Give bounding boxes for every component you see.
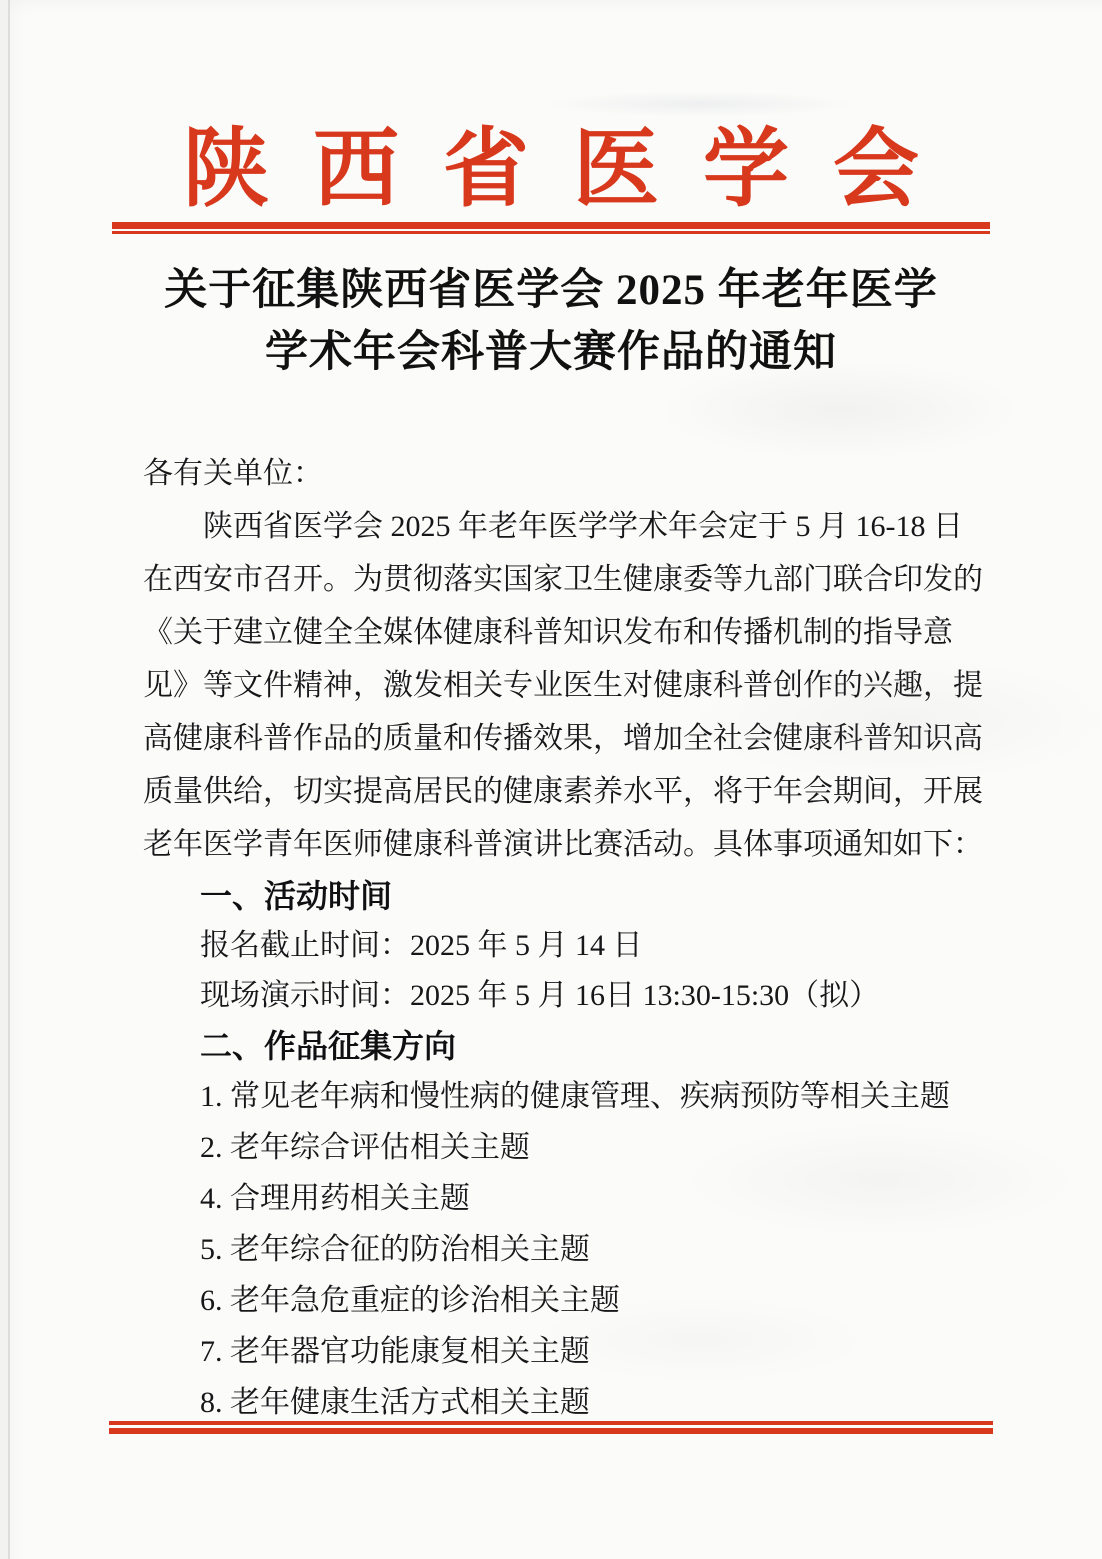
topic-item: 1. 常见老年病和慢性病的健康管理、疾病预防等相关主题 — [143, 1071, 1062, 1122]
topic-item: 4. 合理用药相关主题 — [143, 1173, 1062, 1224]
rule-line-thin — [109, 1421, 993, 1425]
salutation: 各有关单位： — [143, 448, 1062, 500]
topic-item: 5. 老年综合征的防治相关主题 — [143, 1224, 1062, 1275]
document-title-line-1: 关于征集陕西省医学会 2025 年老年医学 — [0, 260, 1102, 322]
document-title: 关于征集陕西省医学会 2025 年老年医学 学术年会科普大赛作品的通知 — [0, 260, 1102, 384]
paragraph-line: 质量供给，切实提高居民的健康素养水平，将于年会期间，开展 — [143, 765, 1062, 818]
scan-edge-line — [8, 0, 10, 1559]
schedule-line-live-demo-time: 现场演示时间：2025 年 5 月 16日 13:30-15:30（拟） — [143, 971, 1062, 1021]
topic-item: 2. 老年综合评估相关主题 — [143, 1122, 1062, 1173]
rule-line-thin — [112, 231, 990, 234]
paragraph-line: 《关于建立健全全媒体健康科普知识发布和传播机制的指导意 — [143, 606, 1062, 659]
section-heading-activity-time: 一、活动时间 — [143, 871, 1062, 921]
rule-line-thick — [112, 222, 990, 229]
topic-item: 7. 老年器官功能康复相关主题 — [143, 1326, 1062, 1377]
paragraph-line: 在西安市召开。为贯彻落实国家卫生健康委等九部门联合印发的 — [143, 553, 1062, 606]
topic-item: 6. 老年急危重症的诊治相关主题 — [143, 1275, 1062, 1326]
paragraph-line: 老年医学青年医师健康科普演讲比赛活动。具体事项通知如下： — [143, 818, 1062, 871]
document-page: 陕西省医学会 关于征集陕西省医学会 2025 年老年医学 学术年会科普大赛作品的… — [0, 0, 1102, 1559]
schedule-line-registration-deadline: 报名截止时间：2025 年 5 月 14 日 — [143, 921, 1062, 971]
scan-edge-strip — [0, 0, 8, 1559]
document-title-line-2: 学术年会科普大赛作品的通知 — [0, 322, 1102, 384]
section-heading-collection-direction: 二、作品征集方向 — [143, 1021, 1062, 1071]
paragraph-line: 见》等文件精神，激发相关专业医生对健康科普创作的兴趣，提 — [143, 659, 1062, 712]
footer-double-rule — [109, 1421, 993, 1434]
rule-line-thick — [109, 1428, 993, 1434]
paragraph-line: 陕西省医学会 2025 年老年医学学术年会定于 5 月 16-18 日 — [143, 500, 1062, 553]
org-name-header: 陕西省医学会 — [0, 124, 1102, 214]
document-body: 各有关单位： 陕西省医学会 2025 年老年医学学术年会定于 5 月 16-18… — [0, 448, 1102, 1428]
header-double-rule — [112, 222, 990, 234]
paragraph-line: 高健康科普作品的质量和传播效果，增加全社会健康科普知识高 — [143, 712, 1062, 765]
intro-paragraph: 陕西省医学会 2025 年老年医学学术年会定于 5 月 16-18 日 在西安市… — [143, 500, 1062, 871]
